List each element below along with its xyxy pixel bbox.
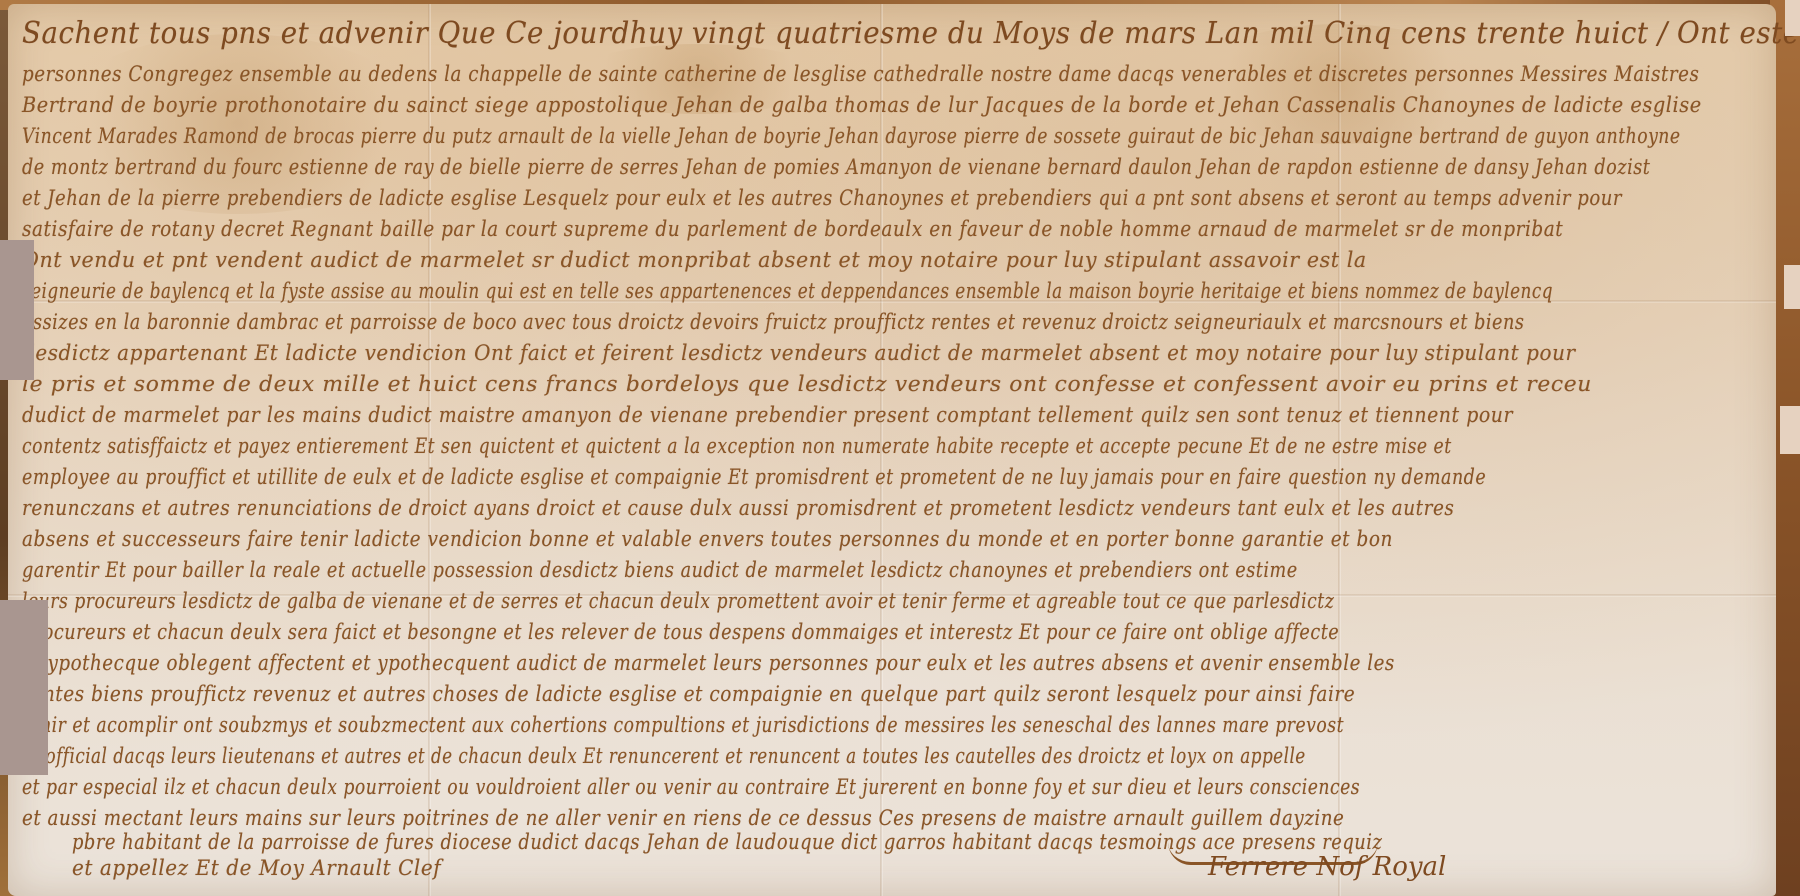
redaction-mask <box>0 240 34 380</box>
manuscript-line: personnes Congregez ensemble au dedens l… <box>22 62 1699 86</box>
redaction-mask <box>0 600 48 775</box>
manuscript-line: satisfaire de rotany decret Regnant bail… <box>22 217 1563 241</box>
manuscript-line: renunczans et autres renunciations de dr… <box>22 496 1454 520</box>
manuscript-line: employee au prouffict et utillite de eul… <box>22 465 1486 489</box>
manuscript-line: et Jehan de la pierre prebendiers de lad… <box>22 186 1622 210</box>
manuscript-line: garentir Et pour bailler la reale et act… <box>22 558 1298 582</box>
manuscript-line: et official dacqs leurs lieutenans et au… <box>22 744 1306 768</box>
manuscript-line: assizes en la baronnie dambrac et parroi… <box>22 310 1524 334</box>
notary-signature: Ferrere Nof Royal <box>1208 852 1446 882</box>
manuscript-line: Sachent tous pns et advenir Que Ce jourd… <box>22 16 1800 51</box>
manuscript-line: desdictz appartenant Et ladicte vendicio… <box>22 341 1576 365</box>
manuscript-line: dudict de marmelet par les mains dudict … <box>22 403 1513 427</box>
manuscript-line: de montz bertrand du fourc estienne de r… <box>22 155 1650 179</box>
manuscript-line: et par especial ilz et chacun deulx pour… <box>22 775 1360 799</box>
manuscript-line: Bertrand de boyrie prothonotaire du sain… <box>22 93 1702 117</box>
manuscript-line: rentes biens prouffictz revenuz et autre… <box>22 682 1355 706</box>
manuscript-line: contentz satisffaictz et payez entiereme… <box>22 434 1452 458</box>
manuscript-line: leurs procureurs lesdictz de galba de vi… <box>22 589 1334 613</box>
redaction-mask <box>1784 265 1800 309</box>
manuscript-line: tenir et acomplir ont soubzmys et soubzm… <box>22 713 1344 737</box>
manuscript-line: Vincent Marades Ramond de brocas pierre … <box>22 124 1681 148</box>
manuscript-line: et appellez Et de Moy Arnault Clef <box>72 856 441 880</box>
redaction-mask <box>1780 406 1800 454</box>
manuscript-line: et ypothecque oblegent affectent et ypot… <box>22 651 1395 675</box>
manuscript-line: Ont vendu et pnt vendent audict de marme… <box>22 248 1367 272</box>
manuscript-line: le pris et somme de deux mille et huict … <box>22 372 1592 396</box>
manuscript-line: seigneurie de baylencq et la fyste assis… <box>22 279 1553 303</box>
manuscript-line: absens et successeurs faire tenir ladict… <box>22 527 1393 551</box>
manuscript-line: et aussi mectant leurs mains sur leurs p… <box>22 806 1344 830</box>
manuscript-line: procureurs et chacun deulx sera faict et… <box>22 620 1339 644</box>
redaction-mask <box>1785 0 1800 36</box>
parchment-sheet: Sachent tous pns et advenir Que Ce jourd… <box>8 4 1776 896</box>
